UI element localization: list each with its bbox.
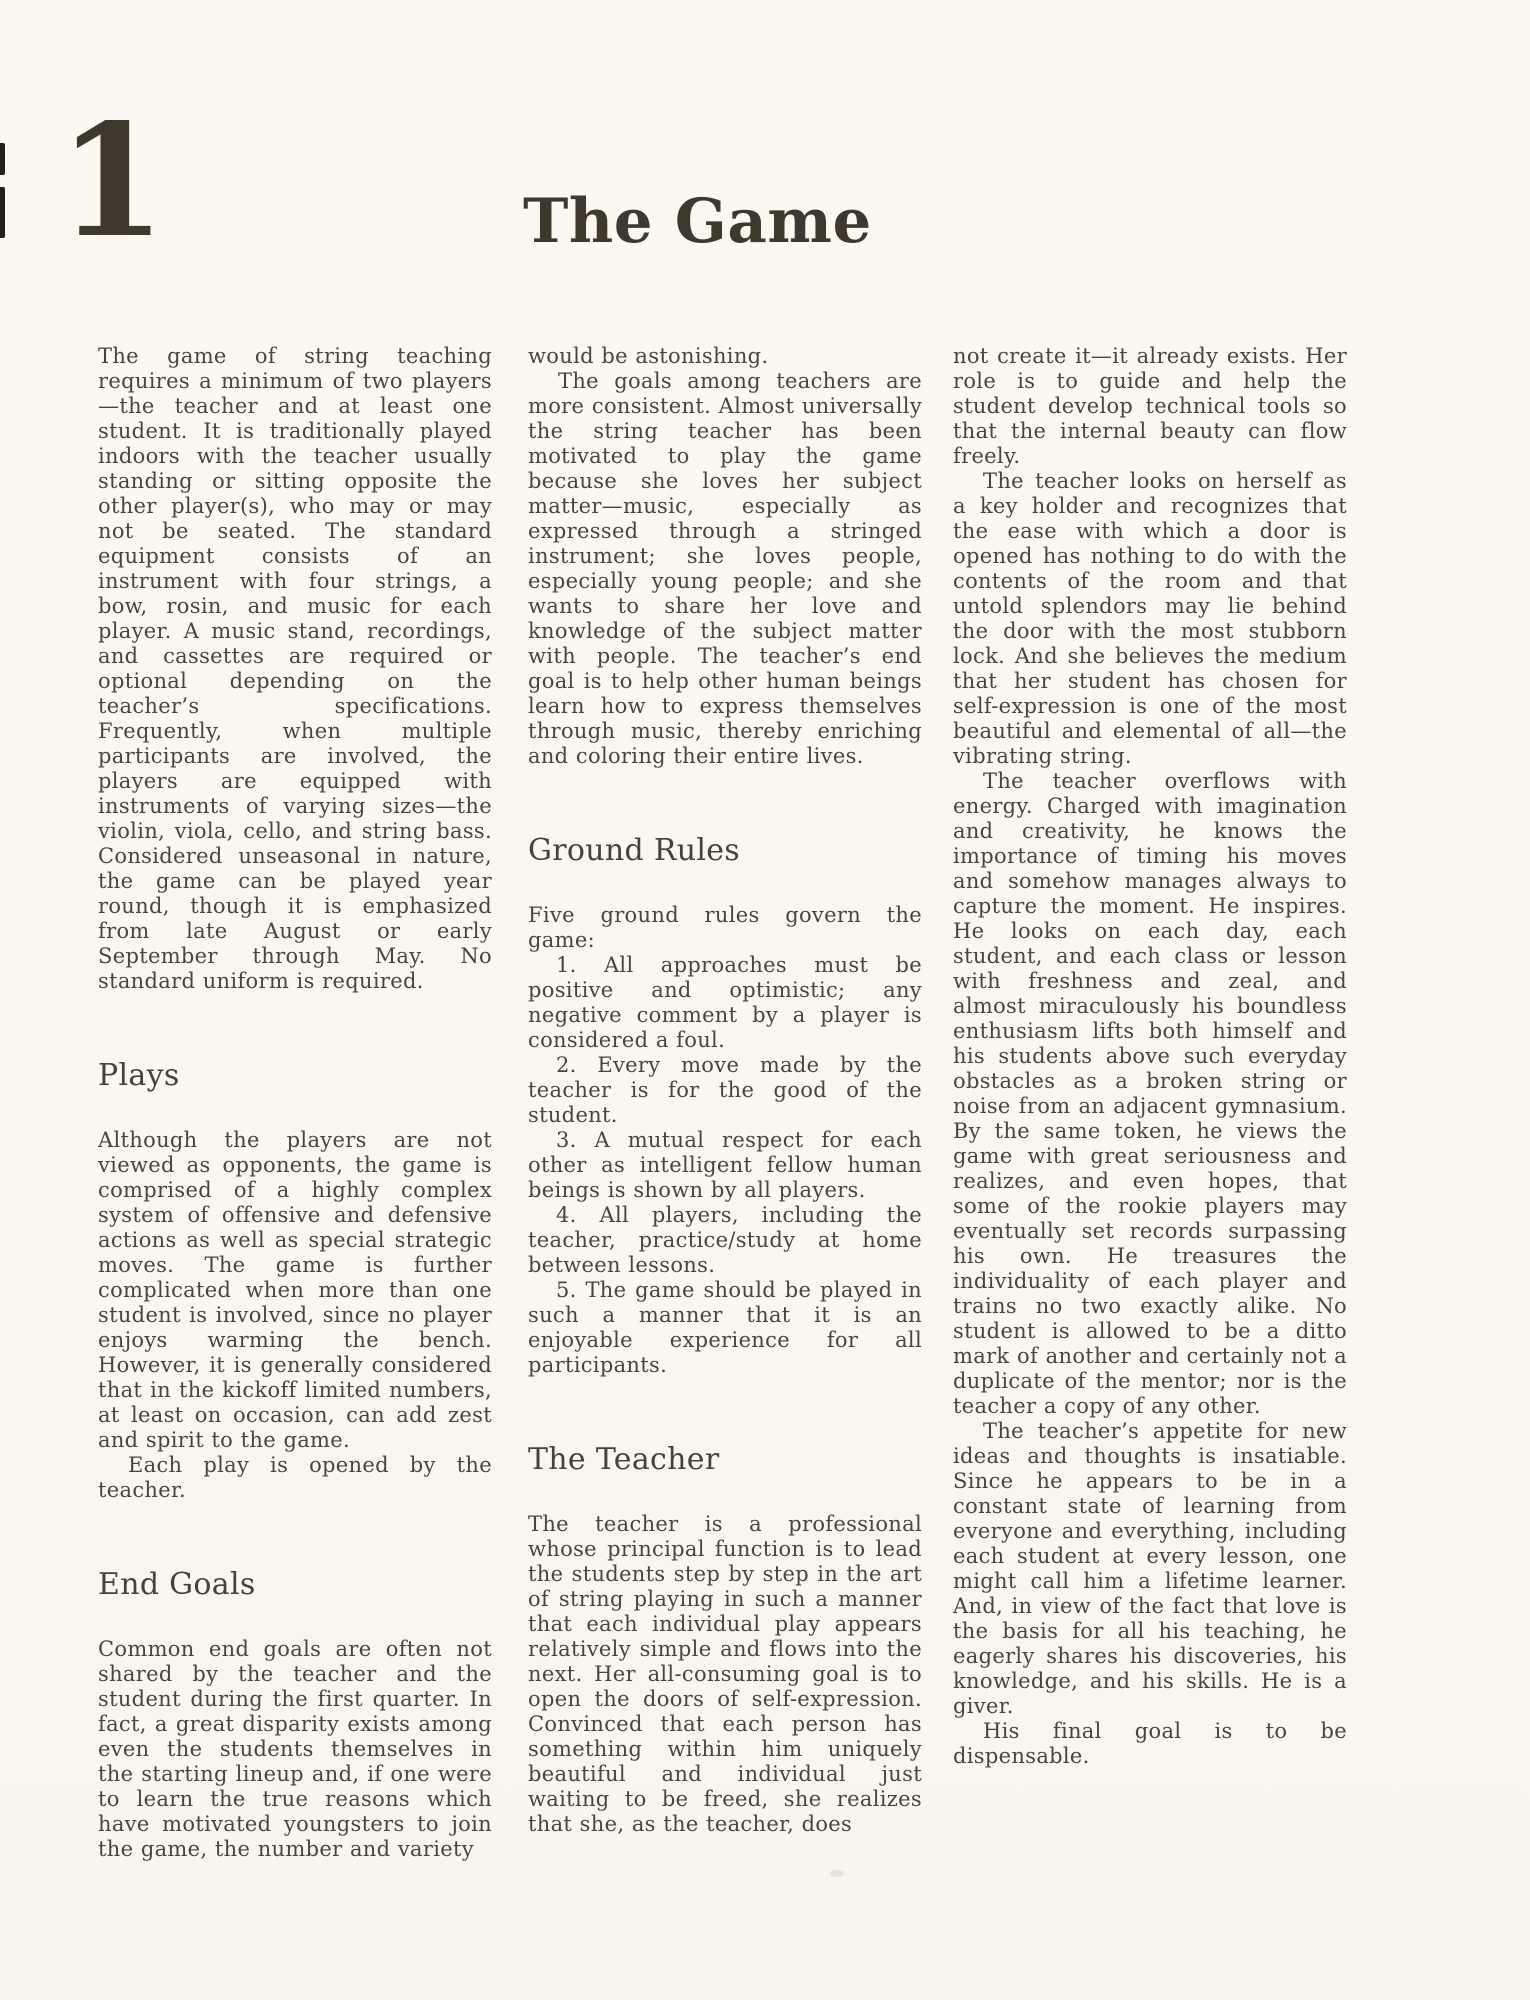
- column-1: The game of string teaching requires a m…: [98, 344, 492, 1862]
- section-heading: Ground Rules: [528, 833, 922, 869]
- book-page: 1 The Game The game of string teaching r…: [0, 0, 1530, 2000]
- paragraph: Common end goals are often not shared by…: [98, 1637, 492, 1862]
- paragraph: The teacher is a professional whose prin…: [528, 1512, 922, 1837]
- paragraph: The teacher overflows with energy. Charg…: [953, 769, 1347, 1419]
- section-heading: End Goals: [98, 1567, 492, 1603]
- column-3: not create it—it already exists. Her rol…: [953, 344, 1347, 1769]
- paragraph: The teacher looks on herself as a key ho…: [953, 469, 1347, 769]
- ground-rule-item: 1. All approaches must be positive and o…: [528, 953, 922, 1053]
- ground-rule-item: 2. Every move made by the teacher is for…: [528, 1053, 922, 1128]
- ground-rule-item: 3. A mutual respect for each other as in…: [528, 1128, 922, 1203]
- paragraph: Each play is opened by the teacher.: [98, 1453, 492, 1503]
- paragraph: would be astonishing.: [528, 344, 922, 369]
- column-2: would be astonishing.The goals among tea…: [528, 344, 922, 1837]
- section-heading: Plays: [98, 1058, 492, 1094]
- text-columns: The game of string teaching requires a m…: [0, 0, 1530, 2000]
- paragraph: Five ground rules govern the game:: [528, 903, 922, 953]
- paragraph: not create it—it already exists. Her rol…: [953, 344, 1347, 469]
- ground-rule-item: 4. All players, including the teacher, p…: [528, 1203, 922, 1278]
- ground-rule-item: 5. The game should be played in such a m…: [528, 1278, 922, 1378]
- paragraph: Although the players are not viewed as o…: [98, 1128, 492, 1453]
- paragraph: The game of string teaching requires a m…: [98, 344, 492, 994]
- paragraph: The goals among teachers are more consis…: [528, 369, 922, 769]
- paragraph: His final goal is to be dispensable.: [953, 1719, 1347, 1769]
- section-heading: The Teacher: [528, 1442, 922, 1478]
- paragraph: The teacher’s appetite for new ideas and…: [953, 1419, 1347, 1719]
